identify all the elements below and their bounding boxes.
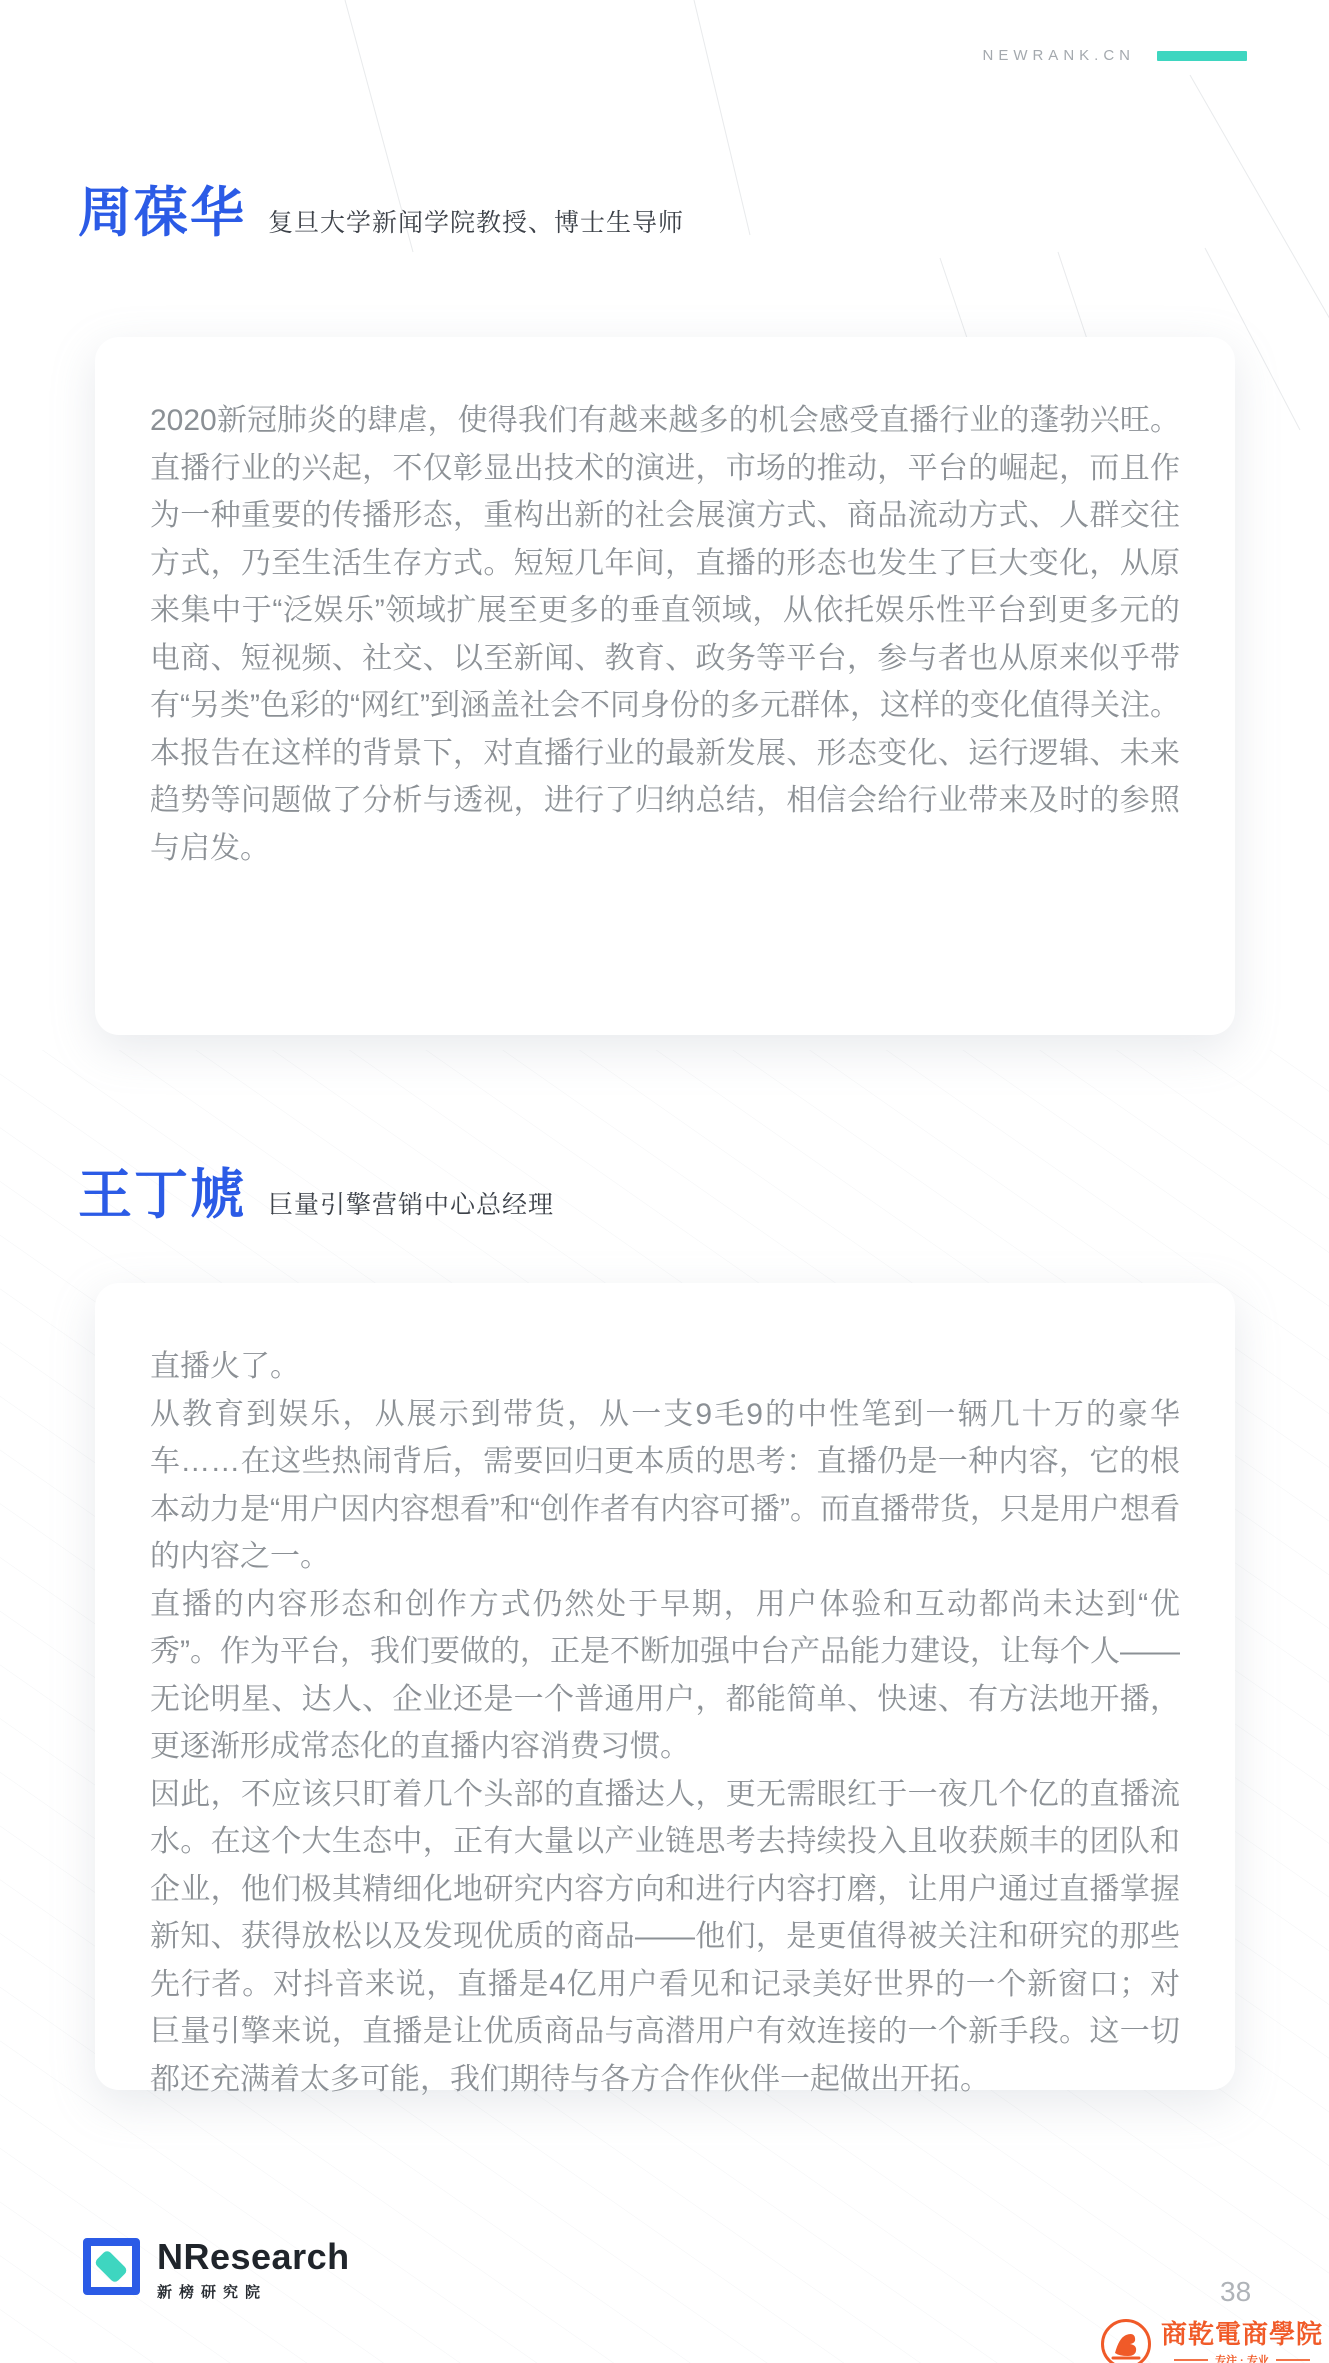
stamp-emblem-icon <box>1099 2317 1153 2363</box>
brand-text: NEWRANK.CN <box>982 47 1135 64</box>
section-header-wang: 王丁虓 巨量引擎营销中心总经理 <box>78 1166 554 1225</box>
expert-name: 王丁虓 <box>78 1166 246 1225</box>
paragraph: 2020新冠肺炎的肆虐，使得我们有越来越多的机会感受直播行业的蓬勃兴旺。直播行业… <box>150 397 1180 872</box>
logo-subtext: 新榜研究院 <box>157 2281 350 2302</box>
logo-texts: NResearch 新榜研究院 <box>157 2238 350 2302</box>
report-page: NEWRANK.CN 周葆华 复旦大学新闻学院教授、博士生导师 2020新冠肺炎… <box>0 0 1329 2363</box>
paragraph: 直播火了。 <box>150 1343 1180 1391</box>
nresearch-logo-icon <box>83 2238 140 2295</box>
quote-text: 2020新冠肺炎的肆虐，使得我们有越来越多的机会感受直播行业的蓬勃兴旺。直播行业… <box>150 397 1180 872</box>
brand-accent-bar <box>1157 51 1247 61</box>
stamp-tagline: 专注 · 专业 <box>1174 2352 1310 2363</box>
expert-title: 巨量引擎营销中心总经理 <box>268 1185 554 1221</box>
stamp-text-block: 商乾電商學院 专注 · 专业 <box>1161 2320 1323 2363</box>
logo-name: NResearch <box>157 2238 350 2276</box>
watermark-stamp: 商乾電商學院 专注 · 专业 <box>1099 2317 1323 2363</box>
section-header-zhou: 周葆华 复旦大学新闻学院教授、博士生导师 <box>78 184 684 243</box>
top-brand: NEWRANK.CN <box>982 47 1247 64</box>
paragraph: 直播的内容形态和创作方式仍然处于早期，用户体验和互动都尚未达到“优秀”。作为平台… <box>150 1581 1180 1771</box>
stamp-text: 商乾電商學院 <box>1161 2320 1323 2349</box>
quote-text: 直播火了。从教育到娱乐，从展示到带货，从一支9毛9的中性笔到一辆几十万的豪华车…… <box>150 1343 1180 2103</box>
quote-card-wang: 直播火了。从教育到娱乐，从展示到带货，从一支9毛9的中性笔到一辆几十万的豪华车…… <box>95 1283 1235 2090</box>
expert-name: 周葆华 <box>78 184 246 243</box>
logo-gem-icon <box>94 2249 129 2284</box>
paragraph: 因此，不应该只盯着几个头部的直播达人，更无需眼红于一夜几个亿的直播流水。在这个大… <box>150 1771 1180 2104</box>
nresearch-logo: NResearch 新榜研究院 <box>83 2238 350 2302</box>
quote-card-zhou: 2020新冠肺炎的肆虐，使得我们有越来越多的机会感受直播行业的蓬勃兴旺。直播行业… <box>95 337 1235 1035</box>
page-number: 38 <box>1220 2276 1251 2308</box>
expert-title: 复旦大学新闻学院教授、博士生导师 <box>268 203 684 239</box>
paragraph: 从教育到娱乐，从展示到带货，从一支9毛9的中性笔到一辆几十万的豪华车……在这些热… <box>150 1391 1180 1581</box>
